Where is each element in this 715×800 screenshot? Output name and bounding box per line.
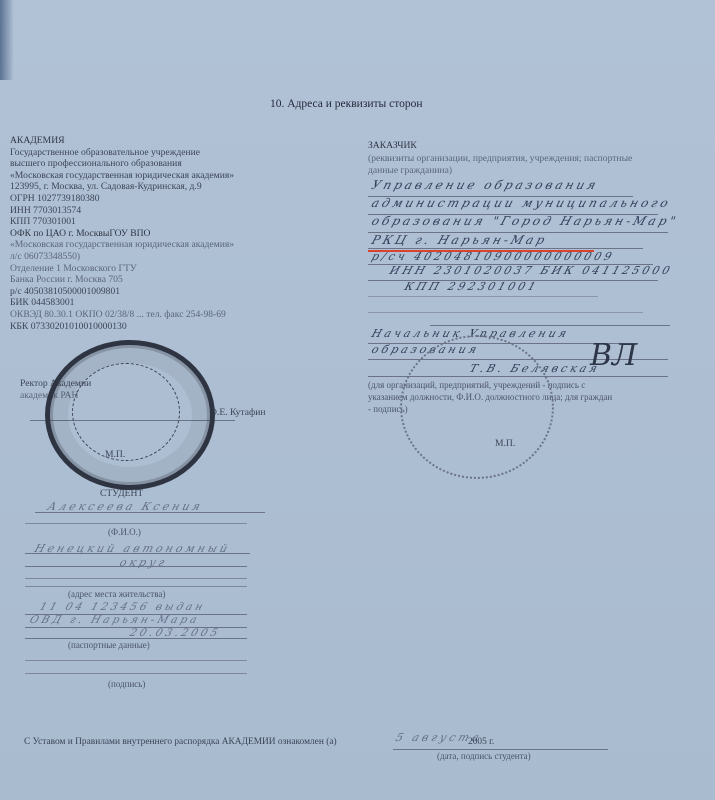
student-signature-line [25,673,247,674]
customer-line [430,325,670,326]
customer-seal-stamp [400,335,554,479]
customer-line [368,248,643,249]
academy-inn: ИНН 7703013574 [10,205,234,217]
page-edge-shadow [0,0,14,80]
academy-kpp: КПП 770301001 [10,216,234,228]
customer-inn-bik: ИНН 2301020037 БИК 041125000 [388,264,675,277]
academy-line: высшего профессионального образования [10,158,234,170]
customer-handwritten-1: Управление образования [370,178,601,192]
academy-seal-stamp [45,340,215,490]
student-line [35,512,265,513]
academy-kbk: КБК 07330201010010000130 [10,321,234,333]
student-line [25,586,247,587]
academy-bank: Банка России г. Москва 705 [10,274,234,286]
customer-kpp: КПП 292301001 [403,280,540,293]
footer-caption: (дата, подпись студента) [437,751,531,763]
student-address-caption: (адрес места жительства) [68,589,165,601]
academy-account: л/с 06073348550) [10,251,234,263]
academy-line: Государственное образовательное учрежден… [10,147,234,159]
customer-subtitle-2: данные гражданина) [368,165,452,177]
student-passport-handwritten-2: ОВД г. Нарьян-Мара [28,614,201,626]
section-title: 10. Адреса и реквизиты сторон [270,98,423,110]
academy-ogrn: ОГРН 1027739180380 [10,193,234,205]
rector-name: О.Е. Кутафин [210,407,266,419]
academy-heading: АКАДЕМИЯ [10,135,234,147]
academy-rs: р/с 40503810500001009801 [10,286,234,298]
student-line [25,523,247,524]
student-passport-caption: (паспортные данные) [68,640,150,652]
academy-block: АКАДЕМИЯ Государственное образовательное… [10,135,234,332]
student-signature-line [25,660,247,661]
student-address-handwritten-2: округ [118,556,169,569]
academy-ofk: ОФК по ЦАО г. МосквыГОУ ВПО [10,228,234,240]
footer-year: 2005 г. [468,737,494,749]
customer-handwritten-3: образования "Город Нарьян-Мар" [370,214,681,228]
customer-line [368,296,598,297]
student-line [25,553,250,554]
academy-bank-branch: Отделение 1 Московского ГТУ [10,263,234,275]
academy-seal-label: М.П. [105,449,125,461]
academy-address: 123995, г. Москва, ул. Садовая-Кудринска… [10,181,234,193]
student-heading: СТУДЕНТ [100,488,143,500]
student-fio-caption: (Ф.И.О.) [108,527,141,539]
student-line [25,578,247,579]
customer-handwritten-2: администрации муниципального [370,196,673,210]
footer-statement: С Уставом и Правилами внутреннего распор… [24,737,337,749]
academy-line: «Московская государственная юридическая … [10,239,234,251]
customer-line [368,312,643,313]
academy-okved: ОКВЭД 80.30.1 ОКПО 02/38/8 ... тел. факс… [10,309,234,321]
academy-line: «Московская государственная юридическая … [10,170,234,182]
student-line [25,638,247,639]
customer-subtitle-1: (реквизиты организации, предприятия, учр… [368,153,632,165]
seal-inner-ring [72,363,180,461]
customer-handwritten-4: РКЦ г. Нарьян-Мар [370,233,550,247]
academy-bik: БИК 044583001 [10,297,234,309]
footer-signature-line [393,749,608,750]
customer-heading: ЗАКАЗЧИК [368,140,417,152]
customer-seal-label: М.П. [495,438,515,450]
student-signature-caption: (подпись) [108,679,145,691]
customer-account: р/сч 40204810900000000009 [370,250,616,263]
student-passport-handwritten-1: 11 04 123456 выдан [38,601,207,613]
student-line [25,566,247,567]
